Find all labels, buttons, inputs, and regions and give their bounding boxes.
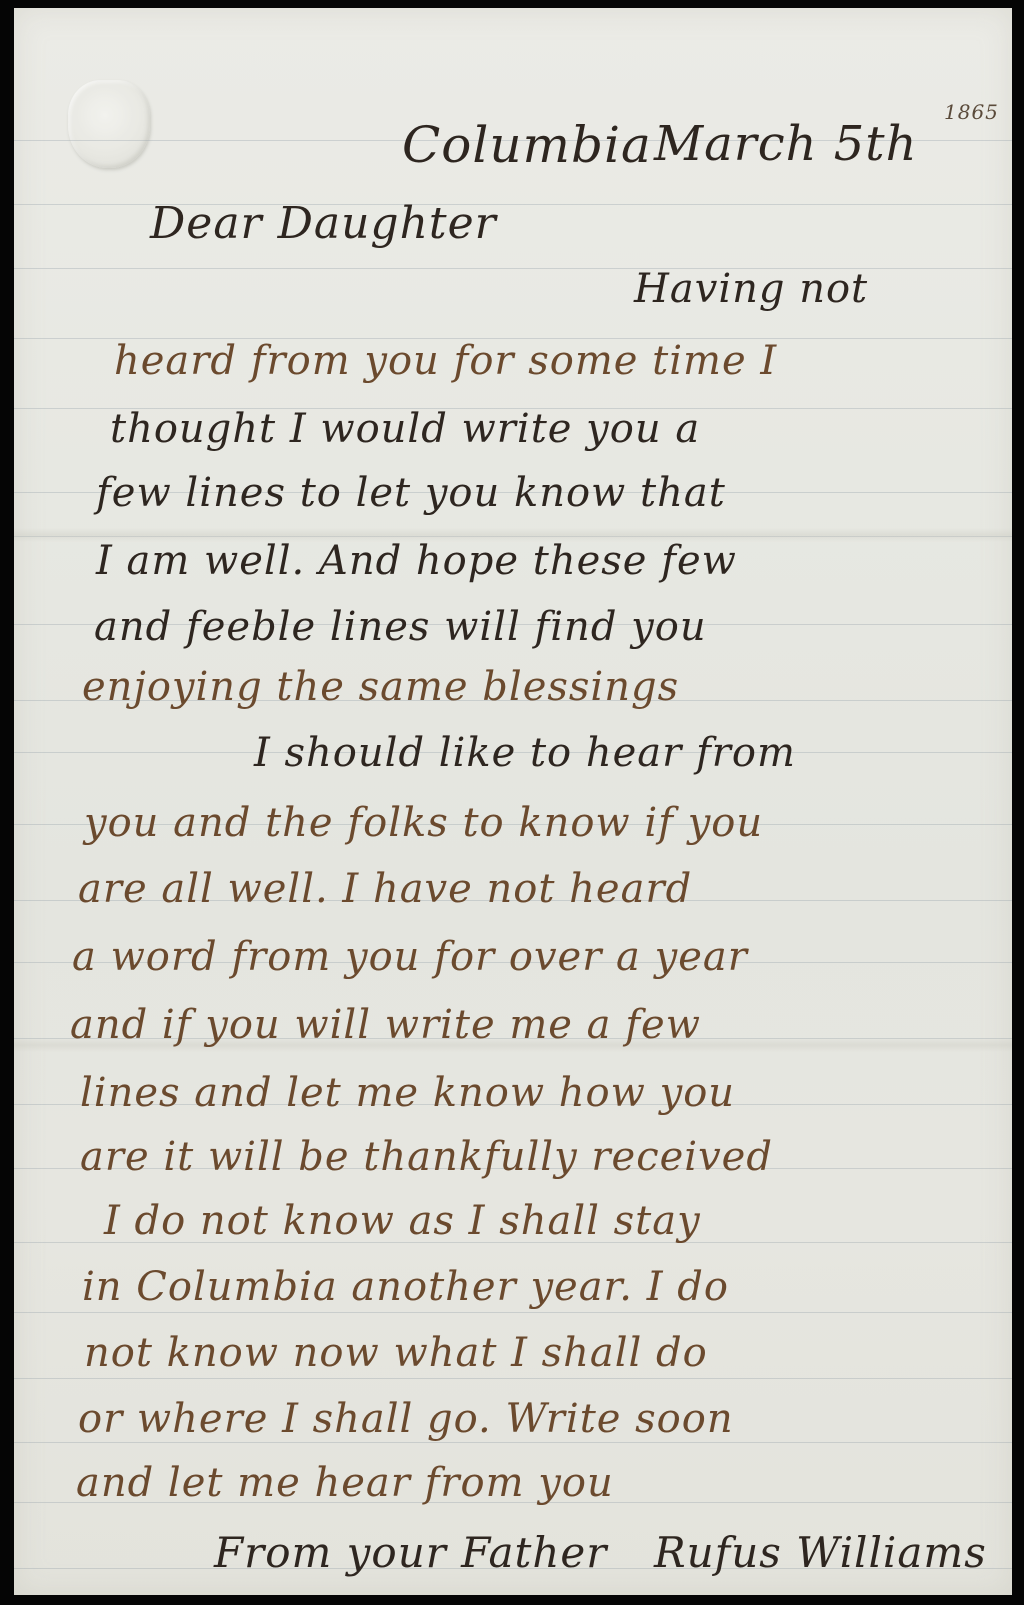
letter-date: March 5th	[654, 116, 918, 172]
body-line: not know now what I shall do	[84, 1330, 708, 1376]
body-line: and feeble lines will find you	[94, 604, 707, 650]
rule-line	[14, 1378, 1012, 1379]
seal-emboss-icon	[68, 80, 150, 168]
letter-paper: Columbia March 5th 1865 Dear Daughter Ha…	[14, 8, 1012, 1595]
body-line: are it will be thankfully received	[80, 1134, 773, 1180]
body-line: I am well. And hope these few	[96, 538, 737, 584]
body-line: I should like to hear from	[254, 730, 796, 776]
rule-line	[14, 1312, 1012, 1313]
body-line: few lines to let you know that	[96, 470, 726, 516]
letter-year: 1865	[944, 100, 999, 124]
closing: From your Father	[214, 1528, 607, 1577]
body-line: a word from you for over a year	[72, 934, 748, 980]
body-line: you and the folks to know if you	[84, 800, 763, 846]
body-line: Having not	[634, 266, 868, 312]
body-line: thought I would write you a	[110, 406, 700, 452]
body-line: and if you will write me a few	[70, 1002, 701, 1048]
body-line: or where I shall go. Write soon	[78, 1396, 734, 1442]
body-line: in Columbia another year. I do	[82, 1264, 729, 1310]
body-line: lines and let me know how you	[80, 1070, 735, 1116]
rule-line	[14, 1442, 1012, 1443]
body-line: are all well. I have not heard	[78, 866, 692, 912]
signature: Rufus Williams	[654, 1528, 987, 1577]
body-line: I do not know as I shall stay	[104, 1198, 701, 1244]
body-line: enjoying the same blessings	[82, 664, 679, 710]
body-line: and let me hear from you	[76, 1460, 614, 1506]
letter-place: Columbia	[402, 116, 652, 174]
salutation: Dear Daughter	[150, 198, 497, 249]
body-line: heard from you for some time I	[114, 338, 777, 384]
